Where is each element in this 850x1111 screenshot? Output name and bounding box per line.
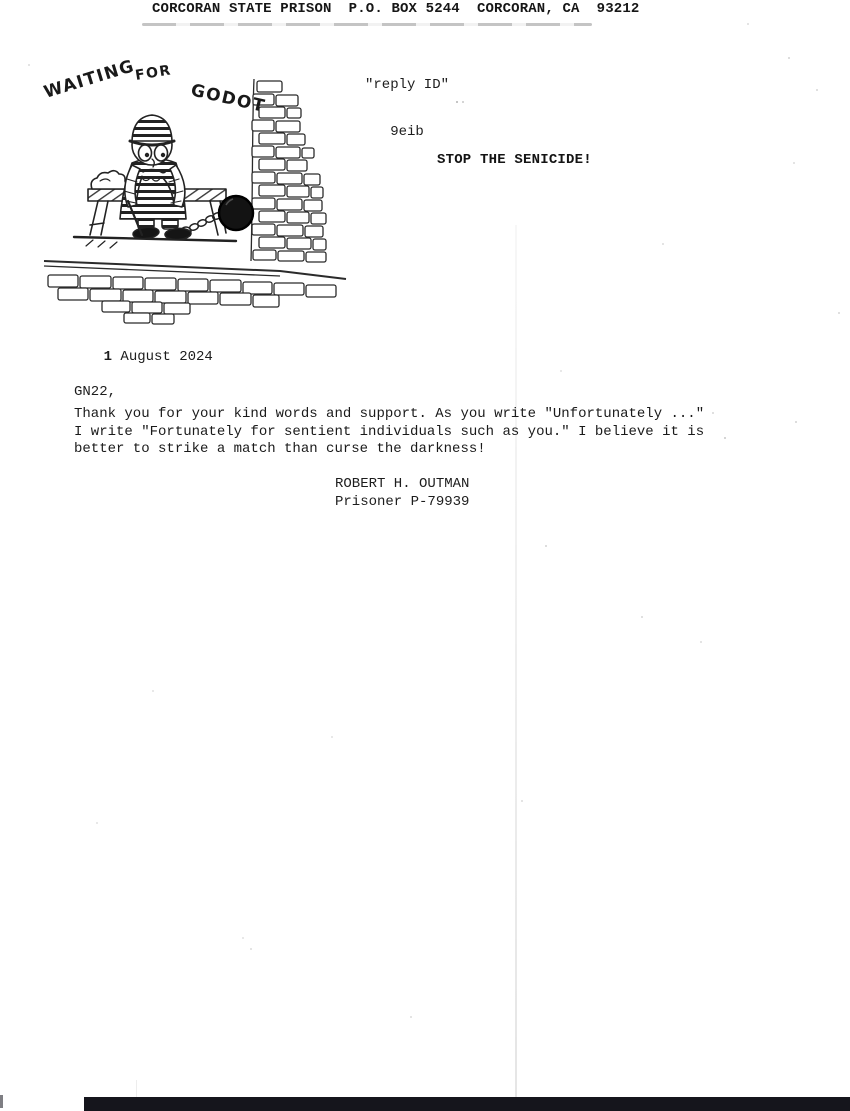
prisoner-eye [155,145,168,161]
prisoner-eye [139,145,152,161]
letter-date: 1 August 2024 [70,331,213,384]
scan-crease-line [515,225,517,1111]
letter-body: Thank you for your kind words and suppor… [74,406,774,459]
ground-line [74,237,236,248]
slogan-text: STOP THE SENICIDE! [437,152,592,170]
shoe [165,228,192,240]
letterhead: CORCORAN STATE PRISON P.O. BOX 5244 CORC… [152,1,639,19]
caption-word-waiting: WAITING [42,56,138,103]
waiting-for-godot-cartoon: WAITING FOR GODOT [40,55,350,325]
shoe [132,226,159,240]
striped-cap [132,115,172,141]
scanned-letter-page: CORCORAN STATE PRISON P.O. BOX 5244 CORC… [0,0,850,1111]
letter-date-day: 1 [104,349,112,365]
letterhead-underline [142,23,592,26]
brick-ledge [44,261,346,324]
reply-id-label: "reply ID" [337,78,477,94]
letter-date-rest: August 2024 [112,349,213,365]
cartoon-caption: WAITING FOR GODOT [42,56,268,117]
scan-corner-speck [0,1095,3,1108]
scan-noise-dots [0,0,2,2]
prisoner-figure [120,115,191,240]
caption-word-for: FOR [134,62,173,84]
signature-name: ROBERT H. OUTMAN [335,476,469,494]
salutation: GN22, [74,384,116,402]
iron-ball [219,196,253,230]
signature-id: Prisoner P-79939 [335,494,469,512]
reply-id-value: 9eib [337,125,477,141]
bundle [91,171,128,189]
caption-word-godot: GODOT [189,80,268,117]
signature-block: ROBERT H. OUTMAN Prisoner P-79939 [335,476,469,511]
scan-bottom-bar [84,1097,850,1111]
